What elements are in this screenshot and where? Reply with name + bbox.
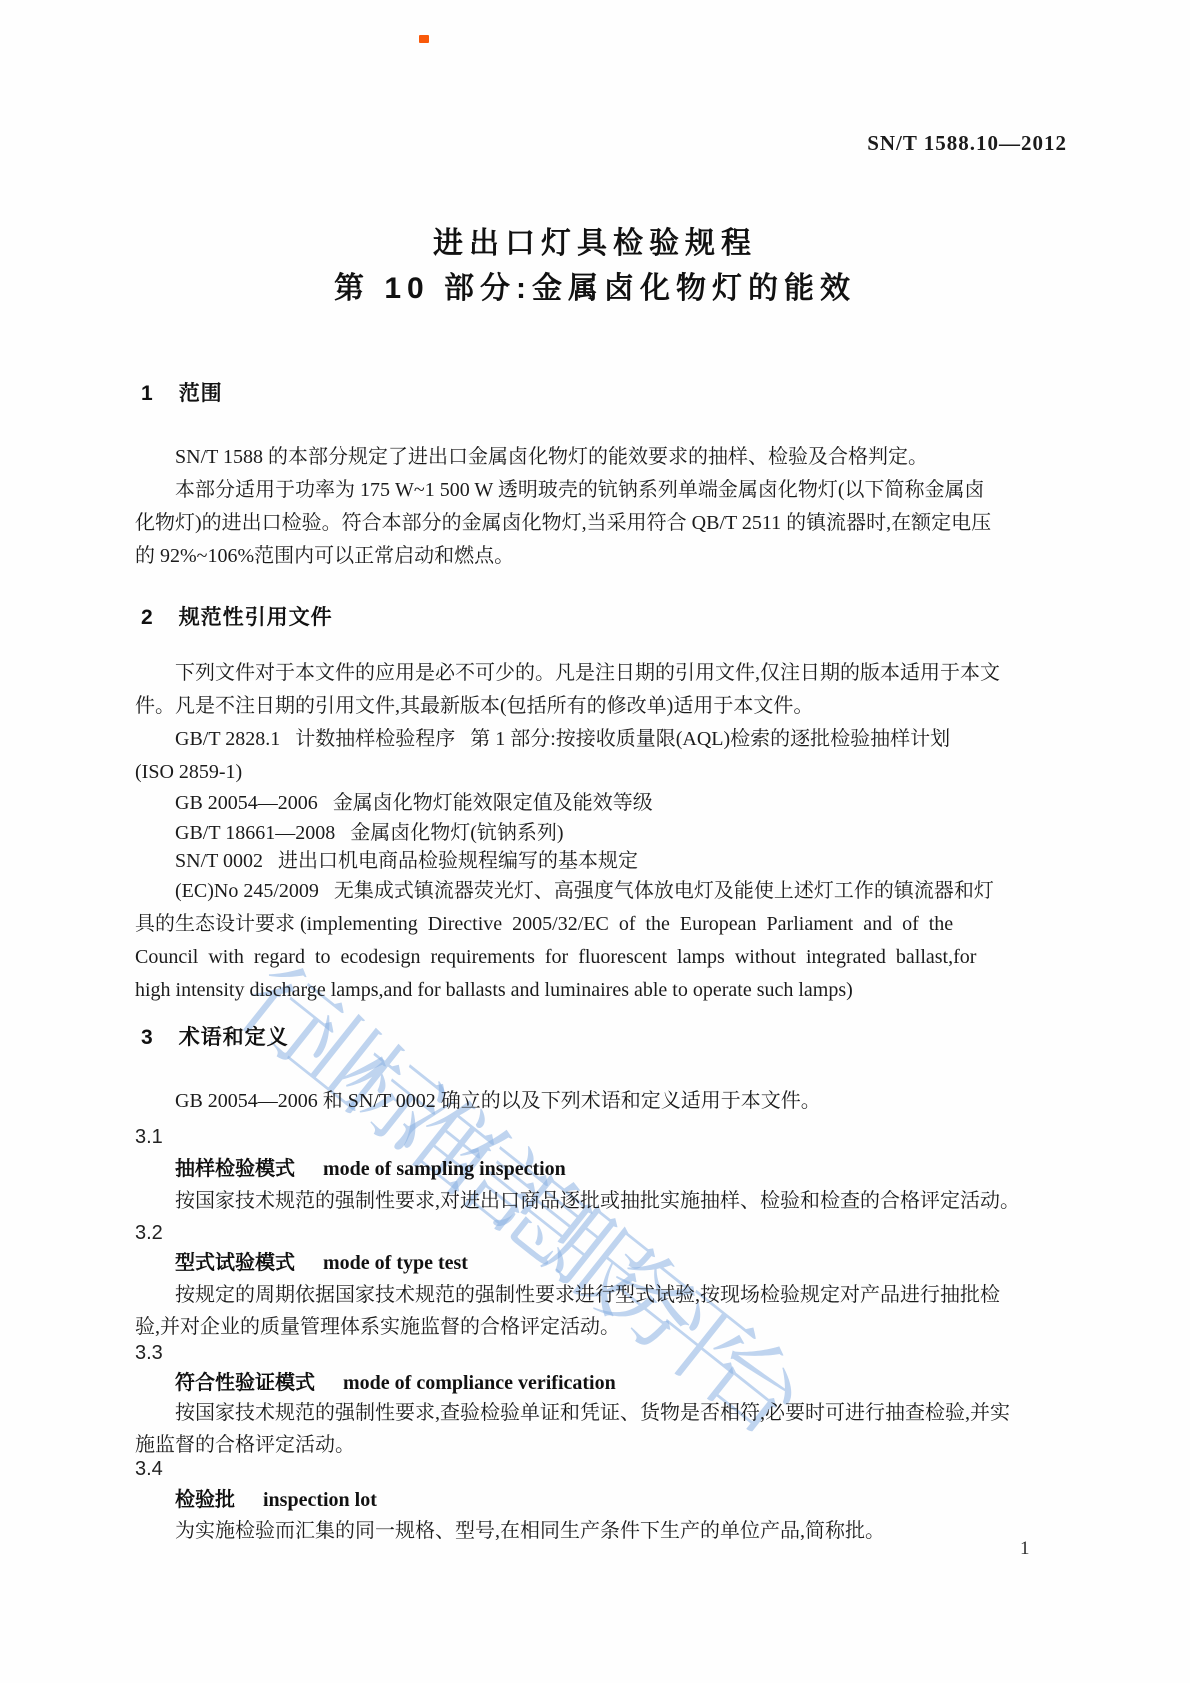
document-page: SN/T 1588.10—2012 进出口灯具检验规程 第 10 部分:金属卤化… [0, 0, 1190, 1683]
reference-line: (ISO 2859-1) [135, 759, 242, 786]
definition-line: 按国家技术规范的强制性要求,对进出口商品逐批或抽批实施抽样、检验和检查的合格评定… [135, 1188, 1020, 1215]
section-1-label: 范围 [179, 382, 223, 405]
definition-line: 按规定的周期依据国家技术规范的强制性要求进行型式试验,按现场检验规定对产品进行抽… [135, 1282, 1000, 1309]
definition-line: 验,并对企业的质量管理体系实施监督的合格评定活动。 [135, 1314, 620, 1341]
reference-line: 具的生态设计要求 (implementing Directive 2005/32… [135, 911, 953, 938]
term-zh: 符合性验证模式 [175, 1372, 315, 1394]
reference-line: GB/T 2828.1 计数抽样检验程序 第 1 部分:按接收质量限(AQL)检… [135, 726, 950, 753]
section-1-heading: 1范围 [141, 380, 223, 407]
term-en: inspection lot [263, 1489, 377, 1511]
term-heading: 符合性验证模式mode of compliance verification [175, 1370, 616, 1397]
document-body: 1范围 SN/T 1588 的本部分规定了进出口金属卤化物灯的能效要求的抽样、检… [135, 0, 1057, 1683]
paragraph-line: SN/T 1588 的本部分规定了进出口金属卤化物灯的能效要求的抽样、检验及合格… [135, 444, 928, 471]
paragraph-line: GB 20054—2006 和 SN/T 0002 确立的以及下列术语和定义适用… [135, 1088, 821, 1115]
paragraph-line: 的 92%~106%范围内可以正常启动和燃点。 [135, 543, 514, 570]
clause-number: 3.2 [135, 1220, 163, 1246]
definition-line: 为实施检验而汇集的同一规格、型号,在相同生产条件下生产的单位产品,简称批。 [135, 1518, 885, 1545]
section-2-number: 2 [141, 606, 153, 629]
term-heading: 型式试验模式mode of type test [175, 1250, 468, 1277]
reference-line: (EC)No 245/2009 无集成式镇流器荧光灯、高强度气体放电灯及能使上述… [135, 878, 994, 905]
paragraph-line: 本部分适用于功率为 175 W~1 500 W 透明玻壳的钪钠系列单端金属卤化物… [135, 477, 985, 504]
paragraph-line: 化物灯)的进出口检验。符合本部分的金属卤化物灯,当采用符合 QB/T 2511 … [135, 510, 991, 537]
section-2-heading: 2规范性引用文件 [141, 604, 333, 631]
definition-line: 按国家技术规范的强制性要求,查验检验单证和凭证、货物是否相符,必要时可进行抽查检… [135, 1400, 1010, 1427]
term-en: mode of type test [323, 1252, 468, 1274]
clause-number: 3.4 [135, 1456, 163, 1482]
reference-line: GB 20054—2006 金属卤化物灯能效限定值及能效等级 [135, 790, 653, 817]
page-number: 1 [1020, 1538, 1030, 1560]
section-1-number: 1 [141, 382, 153, 405]
term-zh: 抽样检验模式 [175, 1158, 295, 1180]
section-2-label: 规范性引用文件 [179, 606, 333, 629]
term-zh: 型式试验模式 [175, 1252, 295, 1274]
term-heading: 抽样检验模式mode of sampling inspection [175, 1156, 566, 1183]
term-en: mode of compliance verification [343, 1372, 616, 1394]
section-3-heading: 3术语和定义 [141, 1024, 289, 1051]
section-3-number: 3 [141, 1026, 153, 1049]
reference-line: GB/T 18661—2008 金属卤化物灯(钪钠系列) [135, 820, 564, 847]
reference-line: high intensity discharge lamps,and for b… [135, 977, 853, 1004]
reference-line: Council with regard to ecodesign require… [135, 944, 976, 971]
clause-number: 3.1 [135, 1124, 163, 1150]
definition-line: 施监督的合格评定活动。 [135, 1432, 355, 1459]
term-en: mode of sampling inspection [323, 1158, 566, 1180]
section-3-label: 术语和定义 [179, 1026, 289, 1049]
reference-line: SN/T 0002 进出口机电商品检验规程编写的基本规定 [135, 848, 638, 875]
paragraph-line: 件。凡是不注日期的引用文件,其最新版本(包括所有的修改单)适用于本文件。 [135, 693, 813, 720]
clause-number: 3.3 [135, 1340, 163, 1366]
term-heading: 检验批inspection lot [175, 1487, 377, 1514]
term-zh: 检验批 [175, 1489, 235, 1511]
paragraph-line: 下列文件对于本文件的应用是必不可少的。凡是注日期的引用文件,仅注日期的版本适用于… [135, 660, 1000, 687]
